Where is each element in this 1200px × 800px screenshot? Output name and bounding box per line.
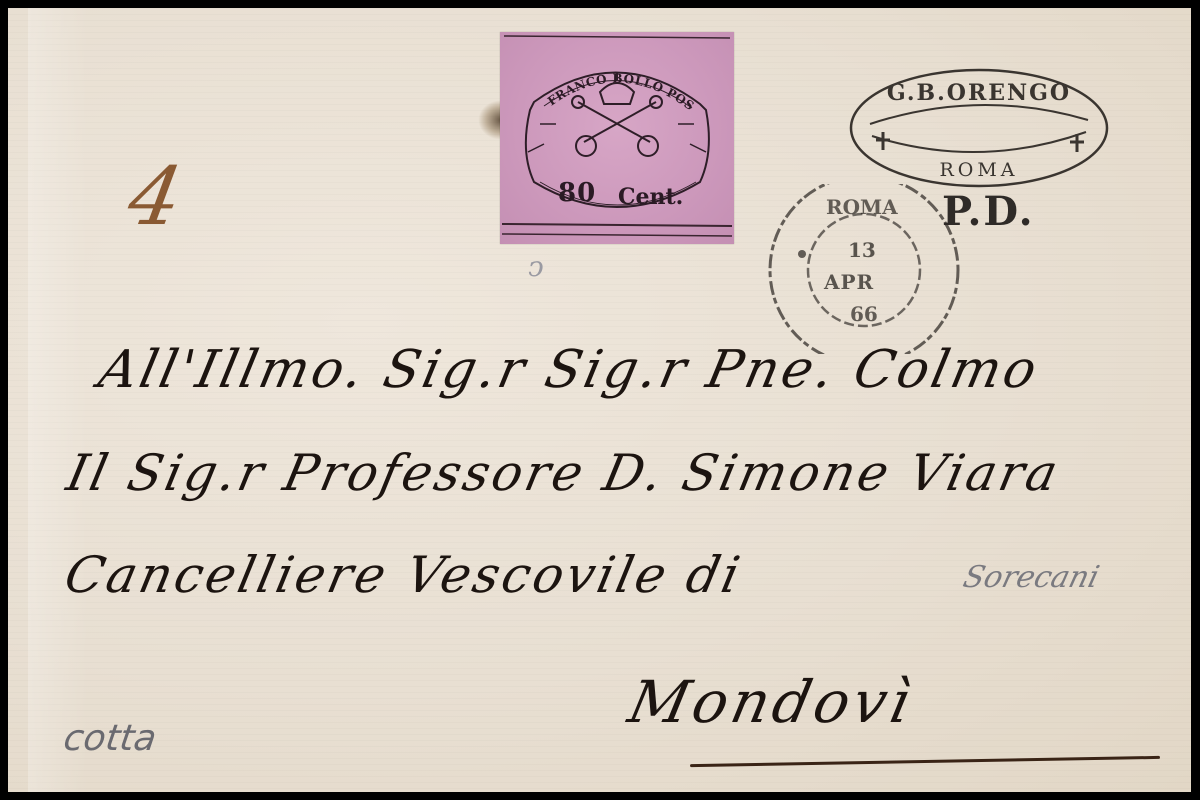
- merchant-cachet: G.B.ORENGO ROMA: [848, 66, 1110, 190]
- datestamp: ROMA 13 APR 66: [766, 184, 966, 354]
- stamp-currency: Cent.: [618, 184, 683, 210]
- expert-signature: Sorecani: [960, 560, 1103, 595]
- address-destination: Mondovì: [623, 668, 920, 736]
- cachet-city: ROMA: [848, 159, 1110, 181]
- postmark-year: 66: [850, 302, 878, 326]
- double-circle-postmark-icon: ROMA: [766, 184, 966, 354]
- svg-text:FRANCO BOLLO POSTALE: FRANCO BOLLO POSTALE: [500, 32, 697, 113]
- cachet-name: G.B.ORENGO: [848, 80, 1110, 106]
- paper-fold-highlight: [28, 8, 88, 792]
- stamp-value: 80: [558, 178, 596, 208]
- postage-stamp: FRANCO BOLLO POSTALE 80 Cent.: [500, 32, 734, 244]
- postmark-town: ROMA: [826, 195, 898, 219]
- address-line-2: Il Sig.r Professore D. Simone Viara: [62, 444, 1066, 502]
- paid-mark: P.D.: [942, 188, 1035, 235]
- pencil-small-mark: ↄ: [528, 250, 544, 283]
- pencil-note: cotta: [61, 718, 159, 759]
- address-line-1: All'Illmo. Sig.r Sig.r Pne. Colmo: [94, 340, 1045, 400]
- postmark-month: APR: [824, 270, 874, 294]
- address-line-3: Cancelliere Vescovile di: [60, 546, 748, 604]
- papal-keys-tiara-emblem-icon: FRANCO BOLLO POSTALE: [500, 32, 734, 244]
- postmark-day: 13: [848, 238, 876, 262]
